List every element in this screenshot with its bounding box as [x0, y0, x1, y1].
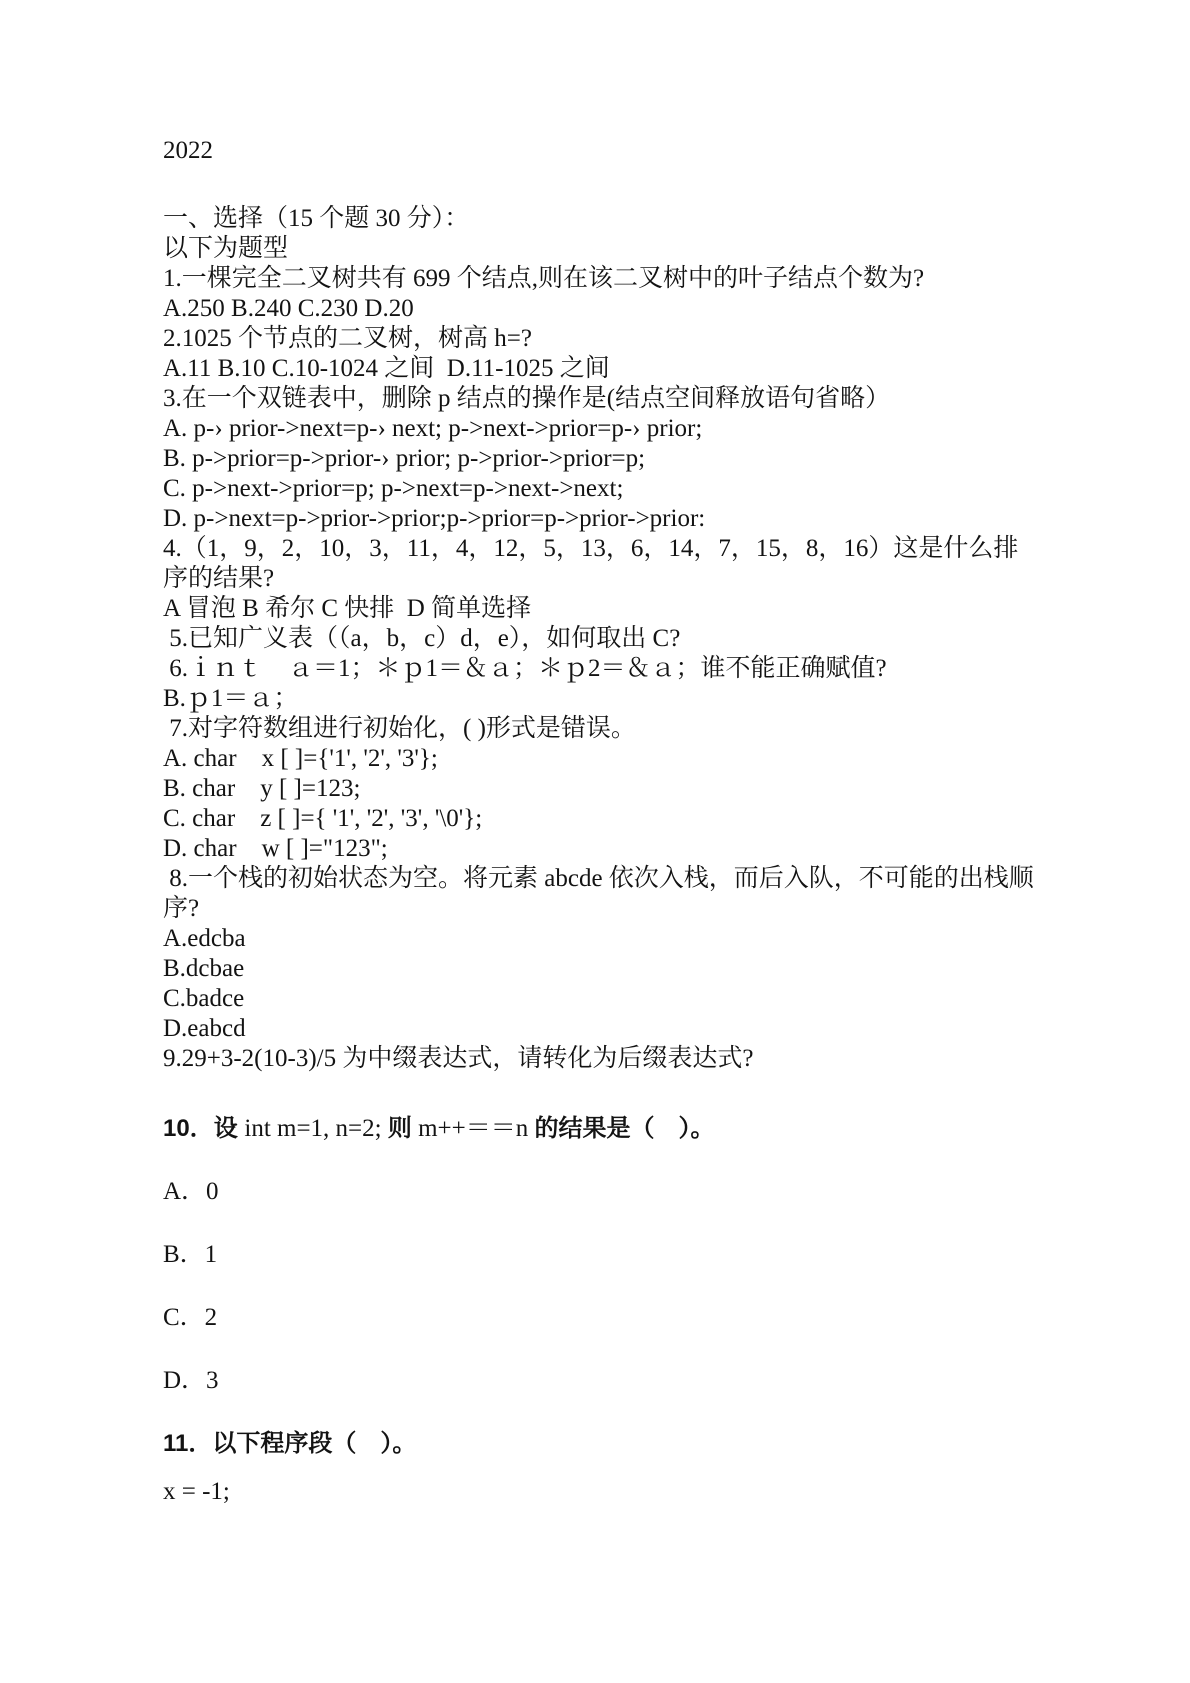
- text-segment: A.250 B.240 C.230 D.20: [163, 295, 414, 322]
- question-3-option-b: B. p->prior=p->prior-› prior; p->prior->…: [163, 444, 1080, 474]
- text-segment: 2.1025 个节点的二叉树，树高 h=?: [163, 325, 532, 352]
- question-7-option-a: A. char x [ ]={'1', '2', '3'};: [163, 744, 1080, 774]
- question-1: 1.一棵完全二叉树共有 699 个结点,则在该二叉树中的叶子结点个数为?: [163, 264, 1080, 294]
- text-segment: 一、选择（15 个题 30 分）：: [163, 205, 469, 232]
- text-segment: 序?: [163, 895, 199, 922]
- question-10-option-a: A．0: [163, 1177, 1080, 1207]
- question-8-option-a: A.edcba: [163, 924, 1080, 954]
- text-segment: A. p-› prior->next=p-› next; p->next->pr…: [163, 415, 702, 442]
- text-segment: 1.一棵完全二叉树共有 699 个结点,则在该二叉树中的叶子结点个数为?: [163, 265, 924, 292]
- text-segment: x = -1;: [163, 1478, 230, 1505]
- text-segment: 5.已知广义表（（a，b，c）d，e），如何取出 C?: [163, 625, 680, 652]
- text-segment: 10．设: [163, 1115, 244, 1142]
- question-8-option-d: D.eabcd: [163, 1014, 1080, 1044]
- section-heading: 一、选择（15 个题 30 分）：: [163, 204, 1080, 234]
- question-10-option-c: C．2: [163, 1303, 1080, 1333]
- exam-year: 2022: [163, 136, 1080, 166]
- text-segment: C.badce: [163, 985, 244, 1012]
- text-segment: A.11 B.10 C.10-1024 之间 D.11-1025 之间: [163, 355, 610, 382]
- text-segment: B.dcbae: [163, 955, 244, 982]
- question-7-option-d: D. char w [ ]="123";: [163, 834, 1080, 864]
- text-segment: 以下为题型: [163, 235, 288, 262]
- text-segment: C. p->next->prior=p; p->next=p->next->ne…: [163, 475, 623, 502]
- text-segment: m++＝＝n: [412, 1115, 535, 1142]
- question-7: 7.对字符数组进行初始化，( )形式是错误。: [163, 714, 1080, 744]
- document-page: 2022 一、选择（15 个题 30 分）：以下为题型1.一棵完全二叉树共有 6…: [0, 0, 1190, 1683]
- text-segment: 的结果是（ ）。: [535, 1115, 715, 1142]
- text-segment: 6.ｉｎｔ ａ＝1；＊ｐ1＝＆ａ；＊ｐ2＝＆ａ；谁不能正确赋值?: [163, 655, 887, 682]
- text-segment: 11．以下程序段（ ）。: [163, 1430, 416, 1457]
- text-segment: 8.一个栈的初始状态为空。将元素 abcde 依次入栈，而后入队，不可能的出栈顺: [163, 865, 1034, 892]
- text-segment: C. char z [ ]={ '1', '2', '3', '\0'};: [163, 805, 482, 832]
- question-3-option-c: C. p->next->prior=p; p->next=p->next->ne…: [163, 474, 1080, 504]
- question-7-option-b: B. char y [ ]=123;: [163, 774, 1080, 804]
- text-segment: A 冒泡 B 希尔 C 快排 D 简单选择: [163, 595, 531, 622]
- text-segment: 序的结果?: [163, 565, 274, 592]
- text-segment: D.eabcd: [163, 1015, 246, 1042]
- text-segment: B.ｐ1＝ａ；: [163, 685, 298, 712]
- text-segment: D．3: [163, 1367, 219, 1394]
- text-segment: 7.对字符数组进行初始化，( )形式是错误。: [163, 715, 636, 742]
- question-11: 11．以下程序段（ ）。: [163, 1429, 1080, 1459]
- text-segment: 3.在一个双链表中，删除 p 结点的操作是(结点空间释放语句省略）: [163, 385, 890, 412]
- text-segment: A．0: [163, 1178, 219, 1205]
- question-4-line-2: 序的结果?: [163, 564, 1080, 594]
- question-3-option-a: A. p-› prior->next=p-› next; p->next->pr…: [163, 414, 1080, 444]
- question-2: 2.1025 个节点的二叉树，树高 h=?: [163, 324, 1080, 354]
- question-6-option-b: B.ｐ1＝ａ；: [163, 684, 1080, 714]
- question-4-line-1: 4.（1，9，2，10，3，11，4，12，5，13，6，14，7，15，8，1…: [163, 534, 1080, 564]
- document-body: 一、选择（15 个题 30 分）：以下为题型1.一棵完全二叉树共有 699 个结…: [163, 204, 1080, 1507]
- question-3-option-d: D. p->next=p->prior->prior;p->prior=p->p…: [163, 504, 1080, 534]
- text-segment: 9.29+3-2(10-3)/5 为中缀表达式，请转化为后缀表达式?: [163, 1045, 753, 1072]
- question-10-option-d: D．3: [163, 1366, 1080, 1396]
- question-11-code-line-1: x = -1;: [163, 1477, 1080, 1507]
- section-subheading: 以下为题型: [163, 234, 1080, 264]
- question-7-option-c: C. char z [ ]={ '1', '2', '3', '\0'};: [163, 804, 1080, 834]
- text-segment: 则: [388, 1115, 412, 1142]
- text-segment: B. char y [ ]=123;: [163, 775, 360, 802]
- text-segment: B．1: [163, 1241, 217, 1268]
- question-10: 10．设 int m=1, n=2; 则 m++＝＝n 的结果是（ ）。: [163, 1114, 1080, 1144]
- question-1-options: A.250 B.240 C.230 D.20: [163, 294, 1080, 324]
- question-8-line-1: 8.一个栈的初始状态为空。将元素 abcde 依次入栈，而后入队，不可能的出栈顺: [163, 864, 1080, 894]
- question-3: 3.在一个双链表中，删除 p 结点的操作是(结点空间释放语句省略）: [163, 384, 1080, 414]
- question-8-line-2: 序?: [163, 894, 1080, 924]
- text-segment: D. char w [ ]="123";: [163, 835, 388, 862]
- text-segment: A.edcba: [163, 925, 246, 952]
- text-segment: int m=1, n=2;: [244, 1115, 387, 1142]
- text-segment: D. p->next=p->prior->prior;p->prior=p->p…: [163, 505, 705, 532]
- question-9: 9.29+3-2(10-3)/5 为中缀表达式，请转化为后缀表达式?: [163, 1044, 1080, 1074]
- question-2-options: A.11 B.10 C.10-1024 之间 D.11-1025 之间: [163, 354, 1080, 384]
- question-4-options: A 冒泡 B 希尔 C 快排 D 简单选择: [163, 594, 1080, 624]
- question-6: 6.ｉｎｔ ａ＝1；＊ｐ1＝＆ａ；＊ｐ2＝＆ａ；谁不能正确赋值?: [163, 654, 1080, 684]
- text-segment: C．2: [163, 1304, 217, 1331]
- question-8-option-c: C.badce: [163, 984, 1080, 1014]
- question-8-option-b: B.dcbae: [163, 954, 1080, 984]
- text-segment: B. p->prior=p->prior-› prior; p->prior->…: [163, 445, 645, 472]
- question-5: 5.已知广义表（（a，b，c）d，e），如何取出 C?: [163, 624, 1080, 654]
- text-segment: A. char x [ ]={'1', '2', '3'};: [163, 745, 438, 772]
- question-10-option-b: B．1: [163, 1240, 1080, 1270]
- text-segment: 4.（1，9，2，10，3，11，4，12，5，13，6，14，7，15，8，1…: [163, 535, 1018, 562]
